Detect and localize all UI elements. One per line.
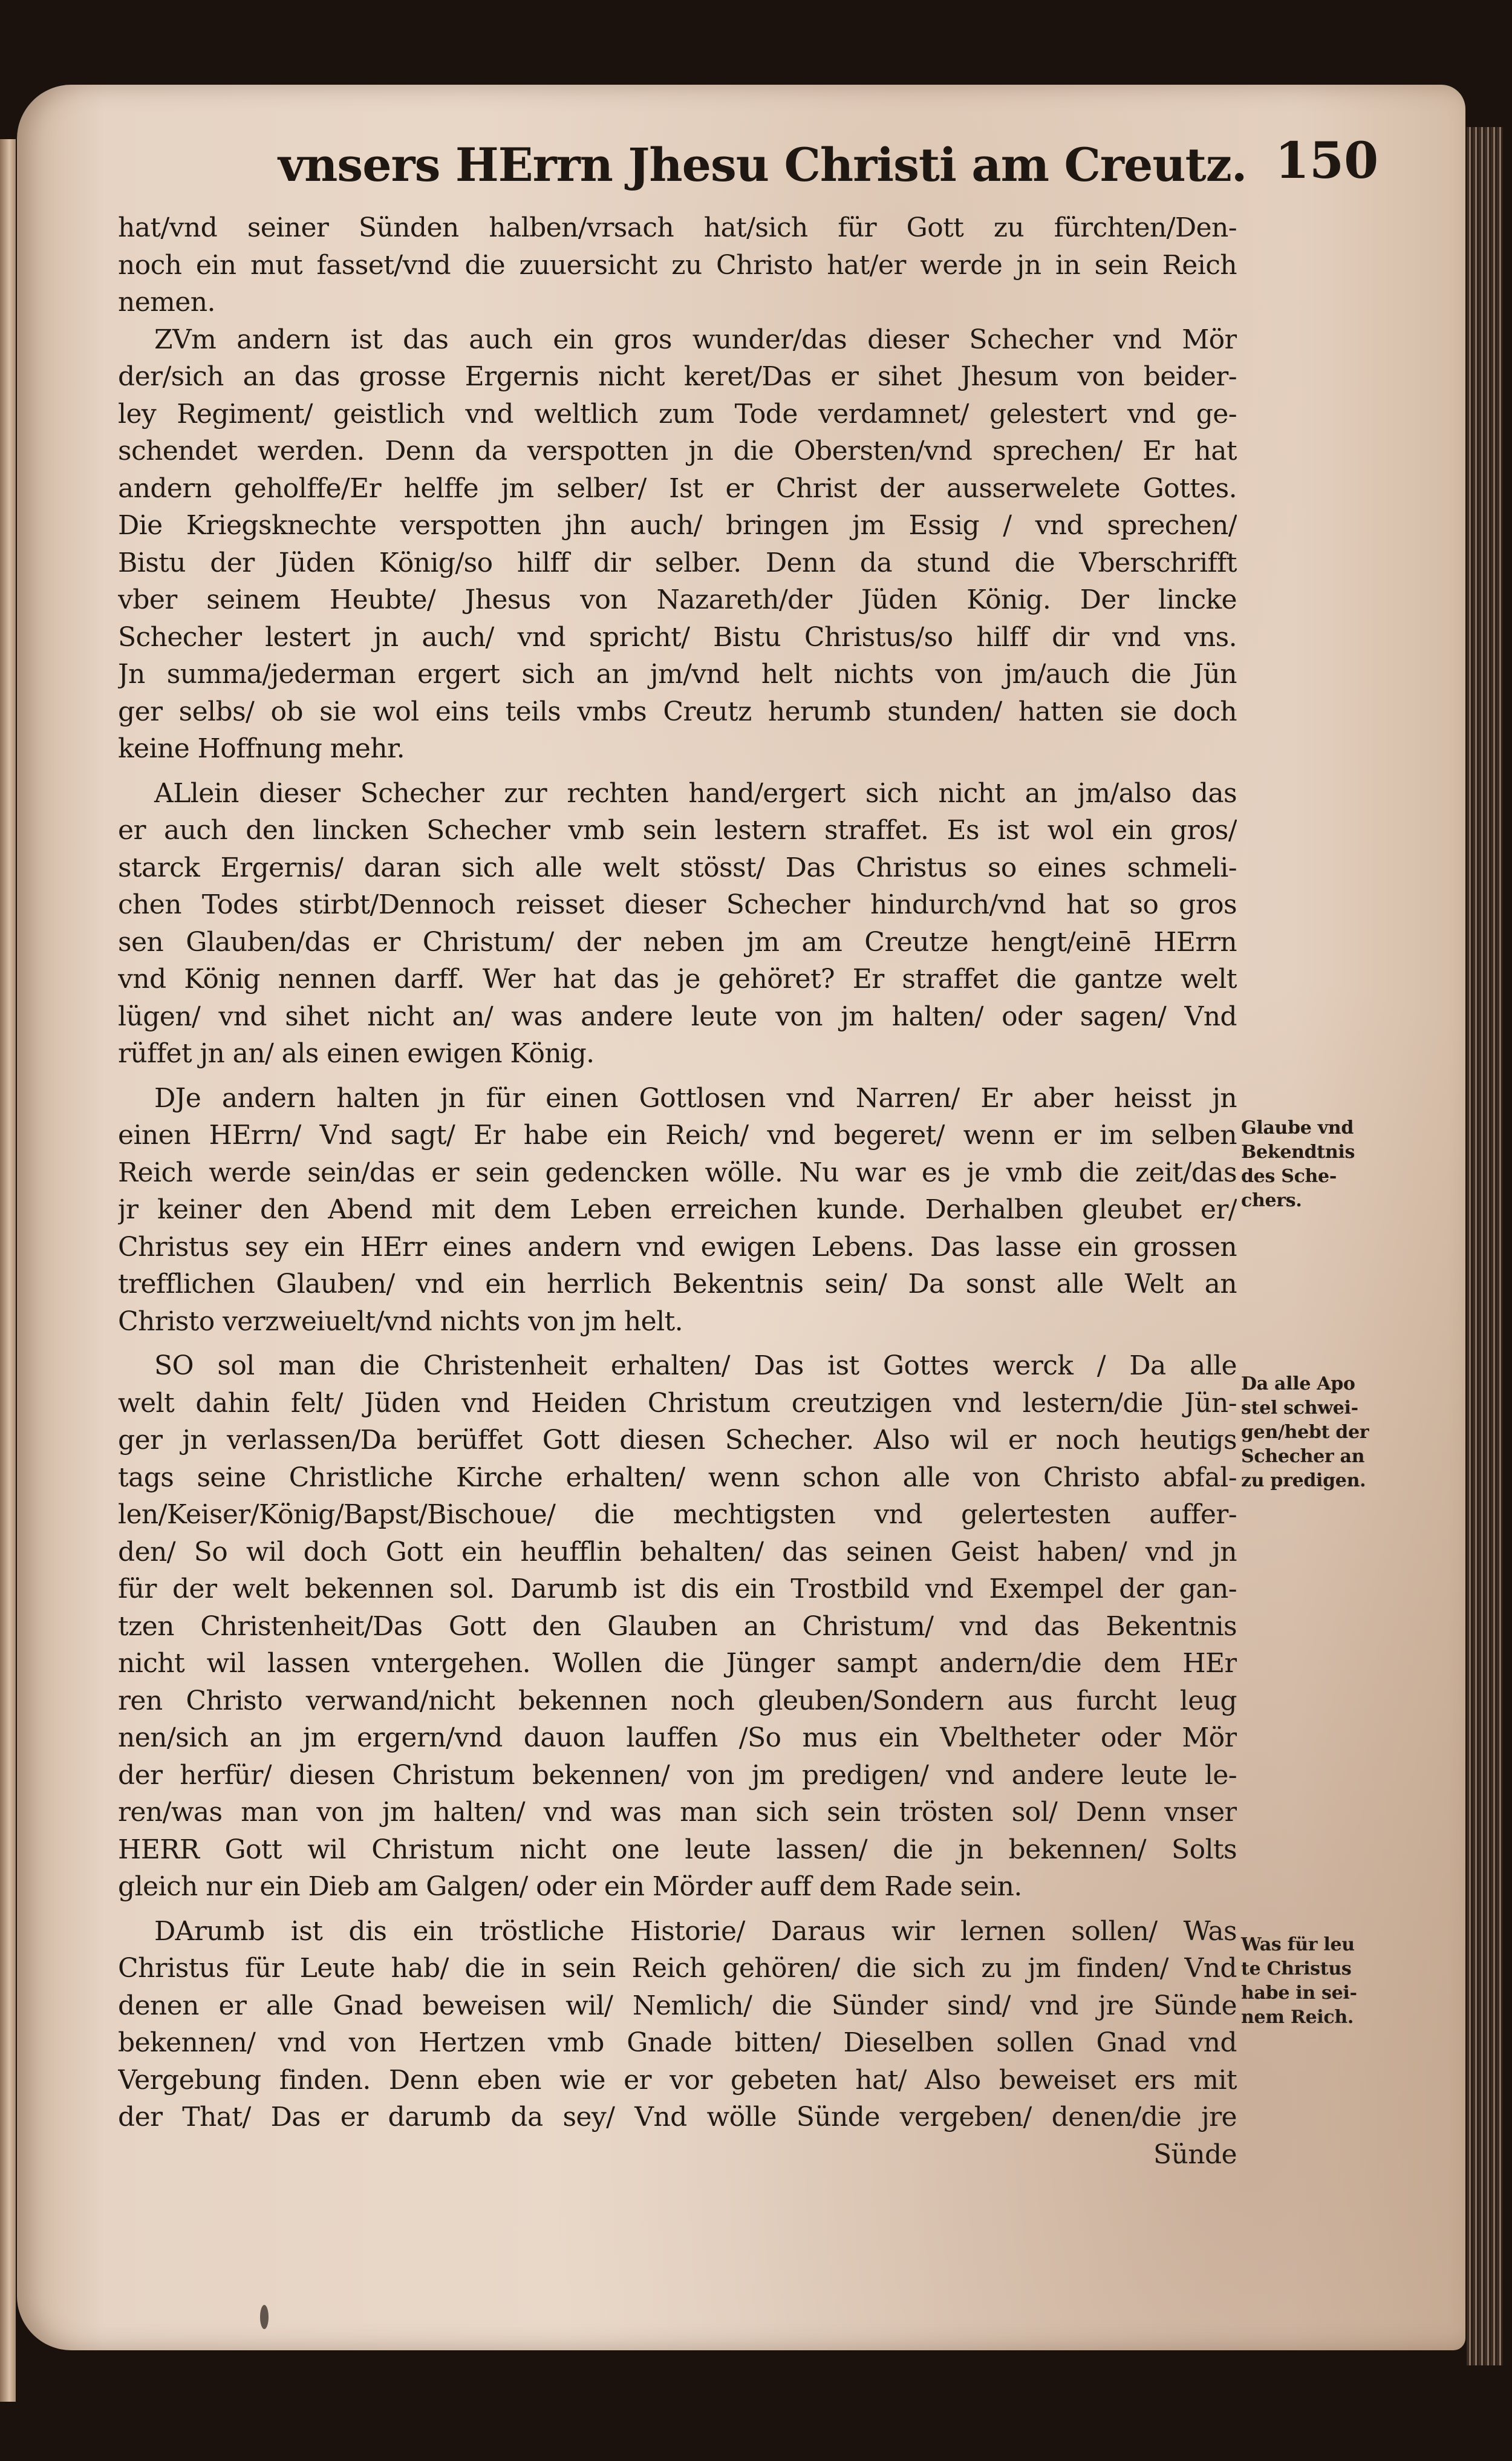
text-line: ley Regiment/ geistlich vnd weltlich zum… [118, 396, 1237, 433]
text-line: ger selbs/ ob sie wol eins teils vmbs Cr… [118, 693, 1237, 731]
text-line: tags seine Christliche Kirche erhalten/ … [118, 1459, 1237, 1497]
text-line: denen er alle Gnad beweisen wil/ Nemlich… [118, 1987, 1237, 2025]
paragraph: SO sol man die Christenheit erhalten/ Da… [118, 1347, 1237, 1906]
text-line: den/ So wil doch Gott ein heufflin behal… [118, 1534, 1237, 1571]
text-line: nicht wil lassen vntergehen. Wollen die … [118, 1645, 1237, 1682]
text-line: der/sich an das grosse Ergernis nicht ke… [118, 358, 1237, 396]
paragraph: DArumb ist dis ein tröstliche Historie/ … [118, 1913, 1237, 2136]
paragraph: hat/vnd seiner Sünden halben/vrsach hat/… [118, 209, 1237, 321]
text-line: nemen. [118, 284, 1237, 321]
margin-note-line: Bekendtnis [1241, 1140, 1416, 1165]
margin-note-line: habe in sei- [1241, 1981, 1416, 2005]
left-page-edge [0, 139, 16, 2402]
margin-note-line: Glaube vnd [1241, 1116, 1416, 1140]
text-line: vber seinem Heubte/ Jhesus von Nazareth/… [118, 581, 1237, 619]
running-head: vnsers HErrn Jhesu Christi am Creutz. [278, 138, 1077, 192]
text-line: Christo verzweiuelt/vnd nichts von jm he… [118, 1303, 1237, 1341]
margin-note-line: chers. [1241, 1189, 1416, 1213]
text-line: für der welt bekennen sol. Darumb ist di… [118, 1570, 1237, 1608]
text-line: jr keiner den Abend mit dem Leben erreic… [118, 1191, 1237, 1229]
text-line: ZVm andern ist das auch ein gros wunder/… [118, 321, 1237, 359]
margin-note-reich: Was für leu te Christus habe in sei- nem… [1241, 1933, 1416, 2030]
paragraph: DJe andern halten jn für einen Gottlosen… [118, 1080, 1237, 1341]
text-line: DJe andern halten jn für einen Gottlosen… [118, 1080, 1237, 1117]
book-fore-edge [1467, 127, 1503, 2365]
text-line: ren Christo verwand/nicht bekennen noch … [118, 1682, 1237, 1720]
margin-note-line: Da alle Apo [1241, 1372, 1416, 1396]
page-number: 150 [1275, 132, 1378, 190]
margin-note-line: gen/hebt der [1241, 1420, 1416, 1445]
text-line: hat/vnd seiner Sünden halben/vrsach hat/… [118, 209, 1237, 247]
body-text: hat/vnd seiner Sünden halben/vrsach hat/… [118, 209, 1237, 2173]
text-line: der That/ Das er darumb da sey/ Vnd wöll… [118, 2099, 1237, 2136]
margin-note-line: te Christus [1241, 1957, 1416, 1981]
text-line: rüffet jn an/ als einen ewigen König. [118, 1035, 1237, 1073]
text-line: nen/sich an jm ergern/vnd dauon lauffen … [118, 1719, 1237, 1757]
margin-note-line: stel schwei- [1241, 1396, 1416, 1420]
text-line: sen Glauben/das er Christum/ der neben j… [118, 924, 1237, 961]
text-line: Bistu der Jüden König/so hilff dir selbe… [118, 544, 1237, 582]
text-line: Vergebung finden. Denn eben wie er vor g… [118, 2062, 1237, 2099]
text-line: keine Hoffnung mehr. [118, 730, 1237, 768]
text-line: Christus sey ein HErr eines andern vnd e… [118, 1229, 1237, 1266]
text-line: Schecher lestert jn auch/ vnd spricht/ B… [118, 619, 1237, 656]
text-line: HERR Gott wil Christum nicht one leute l… [118, 1831, 1237, 1869]
text-line: ren/was man von jm halten/ vnd was man s… [118, 1794, 1237, 1831]
margin-note-apostel: Da alle Apo stel schwei- gen/hebt der Sc… [1241, 1372, 1416, 1493]
text-line: der herfür/ diesen Christum bekennen/ vo… [118, 1757, 1237, 1794]
text-line: Jn summa/jederman ergert sich an jm/vnd … [118, 656, 1237, 693]
margin-note-line: Was für leu [1241, 1933, 1416, 1957]
text-line: ALlein dieser Schecher zur rechten hand/… [118, 775, 1237, 812]
margin-note-line: nem Reich. [1241, 2005, 1416, 2030]
text-line: noch ein mut fasset/vnd die zuuersicht z… [118, 247, 1237, 284]
margin-note-bekentnis: Glaube vnd Bekendtnis des Sche- chers. [1241, 1116, 1416, 1213]
catchword: Sünde [118, 2136, 1237, 2174]
text-line: Die Kriegsknechte verspotten jhn auch/ b… [118, 507, 1237, 544]
text-line: starck Ergernis/ daran sich alle welt st… [118, 849, 1237, 887]
text-line: bekennen/ vnd von Hertzen vmb Gnade bitt… [118, 2024, 1237, 2062]
text-line: schendet werden. Denn da verspotten jn d… [118, 433, 1237, 470]
paragraph: ZVm andern ist das auch ein gros wunder/… [118, 321, 1237, 768]
text-line: welt dahin felt/ Jüden vnd Heiden Christ… [118, 1385, 1237, 1422]
text-line: ger jn verlassen/Da berüffet Gott diesen… [118, 1422, 1237, 1459]
text-line: chen Todes stirbt/Dennoch reisset dieser… [118, 886, 1237, 924]
text-line: Reich werde sein/das er sein gedencken w… [118, 1154, 1237, 1192]
text-line: tzen Christenheit/Das Gott den Glauben a… [118, 1608, 1237, 1646]
text-line: andern geholffe/Er helffe jm selber/ Ist… [118, 470, 1237, 508]
margin-note-line: Schecher an [1241, 1445, 1416, 1469]
margin-note-line: des Sche- [1241, 1165, 1416, 1189]
text-line: trefflichen Glauben/ vnd ein herrlich Be… [118, 1266, 1237, 1303]
text-line: einen HErrn/ Vnd sagt/ Er habe ein Reich… [118, 1117, 1237, 1154]
text-line: er auch den lincken Schecher vmb sein le… [118, 812, 1237, 849]
text-line: Christus für Leute hab/ die in sein Reic… [118, 1950, 1237, 1987]
text-line: SO sol man die Christenheit erhalten/ Da… [118, 1347, 1237, 1385]
paragraph: ALlein dieser Schecher zur rechten hand/… [118, 775, 1237, 1073]
margin-note-line: zu predigen. [1241, 1469, 1416, 1493]
text-line: vnd König nennen darff. Wer hat das je g… [118, 961, 1237, 998]
text-line: gleich nur ein Dieb am Galgen/ oder ein … [118, 1868, 1237, 1906]
text-line: lügen/ vnd sihet nicht an/ was andere le… [118, 998, 1237, 1036]
ink-spot [260, 2305, 269, 2329]
text-line: DArumb ist dis ein tröstliche Historie/ … [118, 1913, 1237, 1950]
text-line: len/Keiser/König/Bapst/Bischoue/ die mec… [118, 1496, 1237, 1534]
